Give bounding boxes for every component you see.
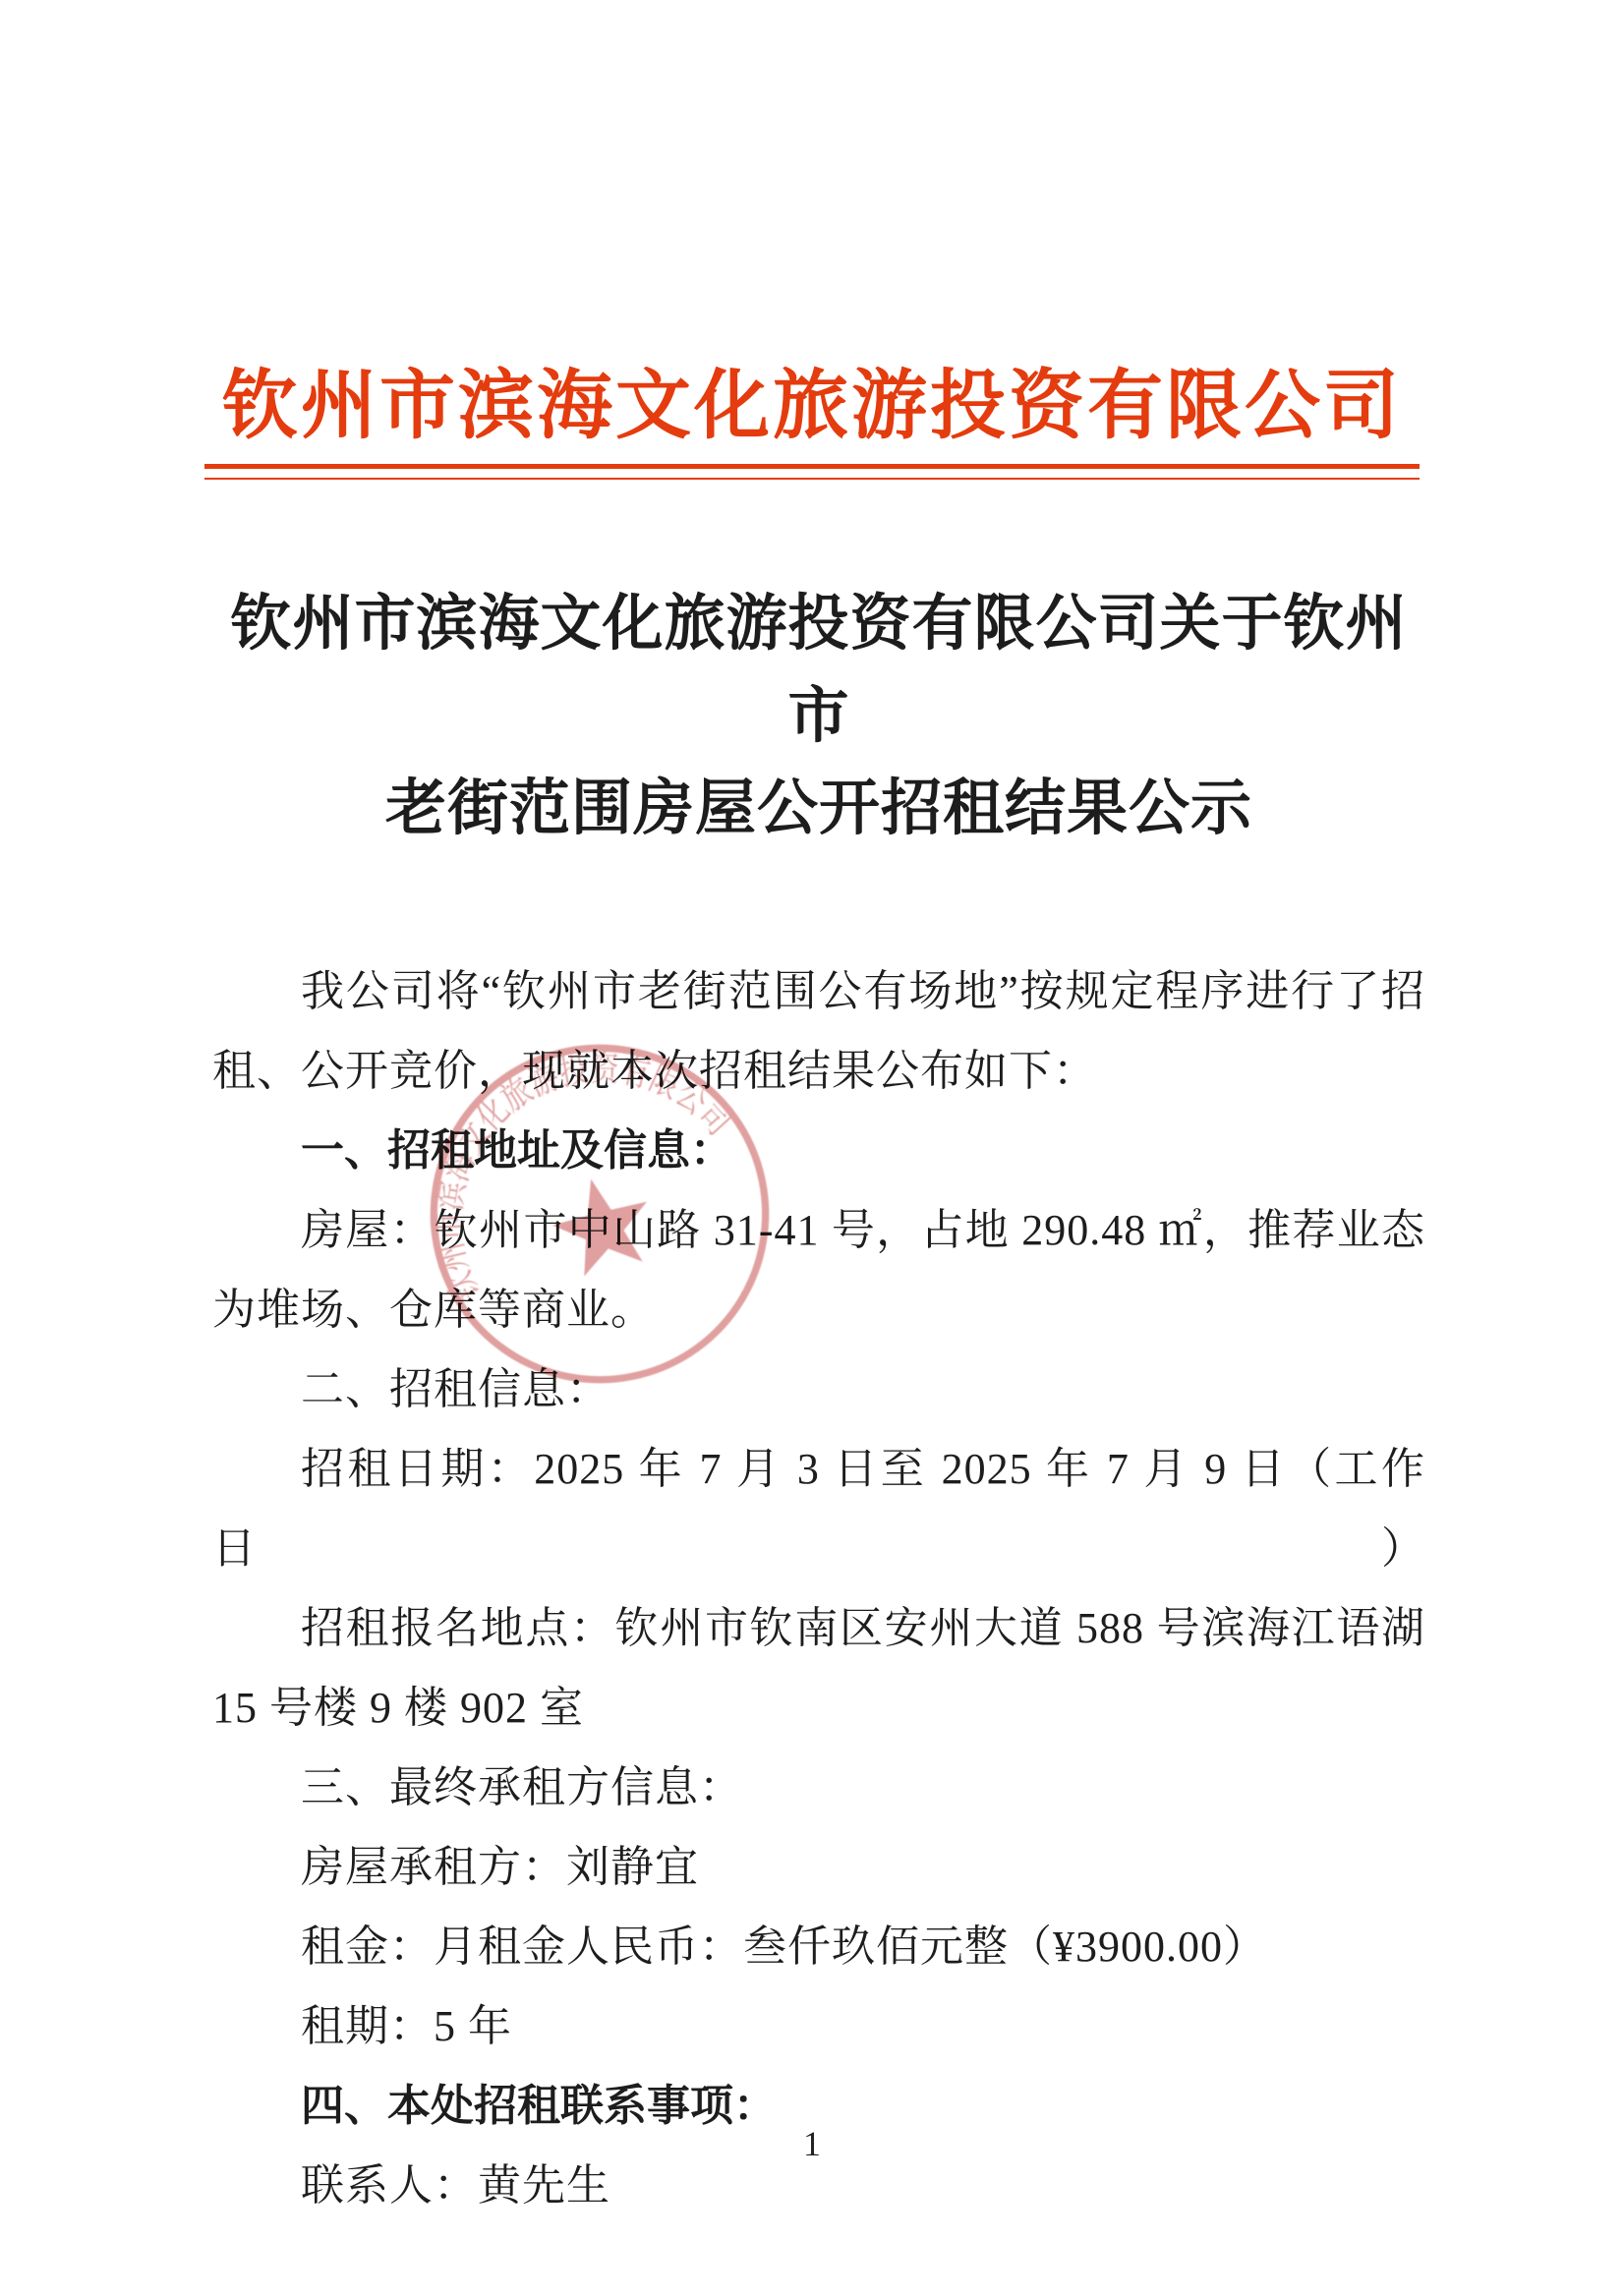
rental-dates: 招租日期：2025 年 7 月 3 日至 2025 年 7 月 9 日（工作日） <box>212 1429 1425 1588</box>
document-title-line2: 老街范围房屋公开招租结果公示 <box>212 763 1425 855</box>
section-2-heading: 二、招租信息： <box>212 1349 1425 1429</box>
letterhead-company-title: 钦州市滨海文化旅游投资有限公司 <box>0 362 1624 450</box>
letterhead-divider <box>204 464 1420 480</box>
document-title-line1: 钦州市滨海文化旅游投资有限公司关于钦州市 <box>212 578 1425 763</box>
divider-thick-rule <box>204 464 1420 469</box>
letterhead: 钦州市滨海文化旅游投资有限公司 <box>0 0 1624 480</box>
registration-address: 招租报名地点：钦州市钦南区安州大道 588 号滨海江语湖 15 号楼 9 楼 9… <box>212 1588 1425 1748</box>
page-number: 1 <box>0 2123 1624 2164</box>
intro-paragraph: 我公司将“钦州市老街范围公有场地”按规定程序进行了招租、公开竞价，现就本次招租结… <box>212 951 1425 1111</box>
divider-thin-rule <box>204 478 1420 480</box>
section-3-heading: 三、最终承租方信息： <box>212 1748 1425 1827</box>
document-title: 钦州市滨海文化旅游投资有限公司关于钦州市 老街范围房屋公开招租结果公示 <box>212 578 1425 855</box>
rent-amount: 租金：月租金人民币：叁仟玖佰元整（¥3900.00） <box>212 1907 1425 1986</box>
lease-term: 租期：5 年 <box>212 1986 1425 2066</box>
tenant-name: 房屋承租方：刘静宜 <box>212 1827 1425 1907</box>
section-1-heading: 一、招租地址及信息： <box>212 1111 1425 1190</box>
document-page: 钦州市滨海文化旅游投资有限公司 钦州市滨海文化旅游投资有限公司关于钦州市 老街范… <box>0 0 1624 2296</box>
property-info: 房屋：钦州市中山路 31-41 号，占地 290.48 ㎡，推荐业态为堆场、仓库… <box>212 1190 1425 1349</box>
document-body: 我公司将“钦州市老街范围公有场地”按规定程序进行了招租、公开竞价，现就本次招租结… <box>212 951 1425 2225</box>
